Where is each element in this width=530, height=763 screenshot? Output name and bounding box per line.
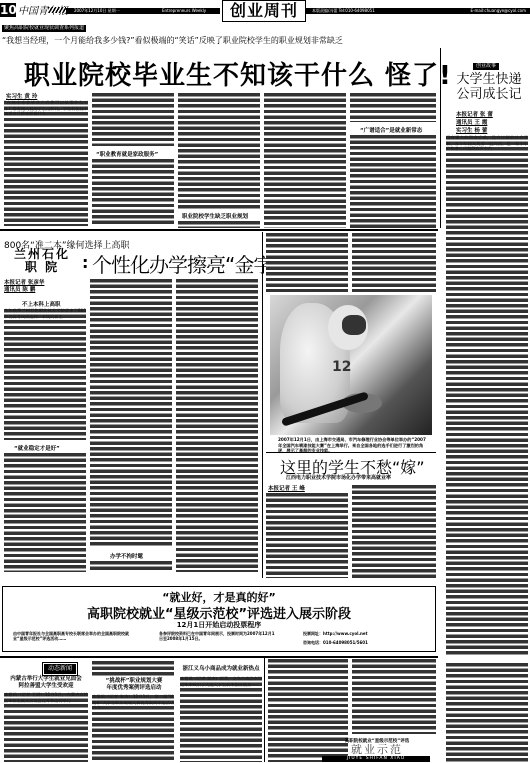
column-divider: [264, 658, 265, 762]
brief-2-title-line1: “挑战杯”职业规划大赛: [92, 678, 176, 685]
lead-subhead-1: “职业教育就是家政服务”: [96, 150, 158, 158]
brief-2-title-line2: 年度优秀案例评选启动: [92, 685, 176, 692]
sidebar-body: 没有强大的资金后盾，没有过硬的社会背景，五个年轻人凭着一股闯劲，把一家小小的快递…: [446, 135, 528, 657]
second-subhead-2: “就业稳定才是好”: [14, 444, 60, 452]
lead-body-col2b: [92, 158, 174, 226]
brief-1-title-line2: 阿拉善盟大学生受欢迎: [4, 683, 88, 690]
editor-line: 本版责编/冯蕾 Tel:010-64098051: [312, 8, 375, 14]
sidebar-byline-1: 本报记者 张 蕾: [456, 110, 493, 118]
section-divider: [0, 229, 438, 231]
second-story-left-title: 兰州石化 职 院: [14, 248, 70, 274]
second-body-col1: 今年秋季兰州石化职业技术学院迎来了800多名高考成绩达到二本线的新生……: [4, 308, 86, 440]
third-body-col2: [352, 484, 436, 578]
third-top-col2: [352, 232, 436, 292]
third-byline: 本报记者 王 峰: [268, 484, 305, 492]
second-body-col2: [90, 278, 172, 548]
masthead-bar-left: 2007年12月10日 星期一 Entrepreneurs Weekly: [66, 8, 220, 14]
lead-byline: 实习生 黄 玲: [6, 92, 37, 100]
badge-bar-text: JIUYE SHIFAN XIAO: [322, 756, 430, 762]
campaign-badge: 高职院校就业“星级示范校”评选 就业示范 JIUYE SHIFAN XIAO: [322, 738, 430, 762]
second-body-col1b: [4, 452, 86, 572]
briefs-tag: 动态新闻: [44, 664, 76, 674]
brief-1-title: 内蒙古举行大学生就业见面会 阿拉善盟大学生受欢迎: [4, 676, 88, 690]
sidebar-byline-3: 实习生 杨 蕾: [456, 126, 487, 134]
brief-1-continued: [92, 660, 174, 676]
lead-body-col5b: [350, 134, 436, 228]
second-body-col2b: [90, 560, 172, 572]
caption-divider: [266, 452, 436, 453]
lead-kicker: “我想当经理，一个月能给我多少钱?”看似极端的“笑话”反映了职业院校学生的职业规…: [2, 35, 343, 46]
left-title-line2: 职 院: [14, 261, 70, 274]
masthead-bar-right: 本版责编/冯蕾 Tel:010-64098051 E-mail:chuangye…: [306, 8, 530, 14]
visor-shape: [342, 315, 366, 335]
third-top-col1: [266, 232, 348, 292]
brief-1-body: 本报讯（记者 王丽）12月1日，内蒙古自治区毕业生就业洽谈会在呼和浩特举行……: [4, 692, 88, 762]
notice-col2: 各参评院校资料已在中国青年网展示，投票时间为2007年12月1日至2008年1月…: [159, 631, 277, 641]
notice-box: “就业好，才是真的好” 高职院校就业“星级示范校”评选进入展示阶段 12月1日开…: [2, 586, 436, 652]
lead-body-col4: [264, 92, 346, 228]
second-subhead-3: 办学不拘时髦: [110, 552, 143, 560]
bib-number: 12: [332, 359, 351, 375]
notice-phone: 咨询电话：010-64098051/5601: [303, 640, 421, 645]
sidebar-title: 大学生快递 公司成长记: [448, 72, 530, 102]
sidebar-title-line1: 大学生快递: [448, 72, 530, 87]
third-body-col2-cont: [352, 658, 436, 734]
third-story-subtitle: 江西电力职业技术学院市场化办学带来高就业率: [286, 474, 391, 481]
sidebar-byline-2: 通讯员 王 霞: [456, 118, 487, 126]
decorative-hatch: [48, 7, 66, 13]
lead-body-col3: [178, 92, 260, 210]
lead-body-col2: [92, 92, 174, 146]
lead-subhead-2: 职业院校学生缺乏职业规划: [182, 212, 248, 220]
sidebar-body-bottom: [446, 662, 528, 762]
badge-main-text: 就业示范: [342, 744, 412, 756]
sidebar-title-line2: 公司成长记: [448, 87, 530, 102]
brief-1-title-line1: 内蒙古举行大学生就业见面会: [4, 676, 88, 683]
news-photo: 12: [270, 295, 432, 435]
series-tag: 聚焦高职院校就业现状调查系列报道: [2, 25, 86, 32]
brief-3-title: 浙江义乌小商品成为就业新热点: [180, 666, 262, 673]
date-line: 2007年12月10日 星期一: [74, 8, 120, 14]
section-title: 创业周刊: [222, 0, 306, 22]
lead-headline: 职业院校毕业生不知该干什么 怪了!: [24, 55, 452, 92]
third-body-col1: [266, 492, 348, 578]
brief-2-body: 本报讯（记者 张涛）12月1日，第二届“挑战杯”大学生职业规划大赛优秀案例评选活…: [92, 694, 174, 762]
notice-col1: 由中国青年报社与全国高职高专校长联席会举办的全国高职院校就业“星级示范校”评选活…: [13, 631, 131, 641]
brief-2-title: “挑战杯”职业规划大赛 年度优秀案例评选启动: [92, 678, 176, 692]
lead-body-col1: “在这个专业毕业之后我可以从事什么工作?”常有刚入校的学生这样问。学生们往往不知…: [4, 100, 88, 226]
second-byline-2: 通讯员 陈 鹏: [4, 285, 35, 293]
notice-url: 投票网址：http://www.cyol.net: [303, 631, 421, 636]
column-divider: [262, 232, 263, 578]
colon-mark: :: [82, 253, 88, 272]
column-divider: [440, 48, 441, 228]
email-line: E-mail:chuangye@cyol.com: [471, 8, 526, 14]
lead-subhead-3: “广谱适合”是就业新常态: [360, 126, 422, 134]
english-title: Entrepreneurs Weekly: [162, 8, 206, 14]
notice-col3: 投票网址：http://www.cyol.net 咨询电话：010-640980…: [303, 631, 421, 645]
page-number: 10: [0, 3, 16, 17]
second-subhead-1: 不上本科上高职: [22, 300, 61, 308]
second-body-col3: [176, 278, 258, 572]
notice-subline: 12月1日开始启动投票程序: [3, 620, 435, 630]
brief-3-body: 本报讯（记者 刘杰）据悉，义乌小商品市场近年来吸引了大批大学生前来创业就业……: [180, 676, 262, 762]
sidebar-tag: 创业故事: [473, 63, 499, 70]
lead-body-col5: [350, 92, 436, 122]
lead-body-col3b: [178, 220, 260, 228]
